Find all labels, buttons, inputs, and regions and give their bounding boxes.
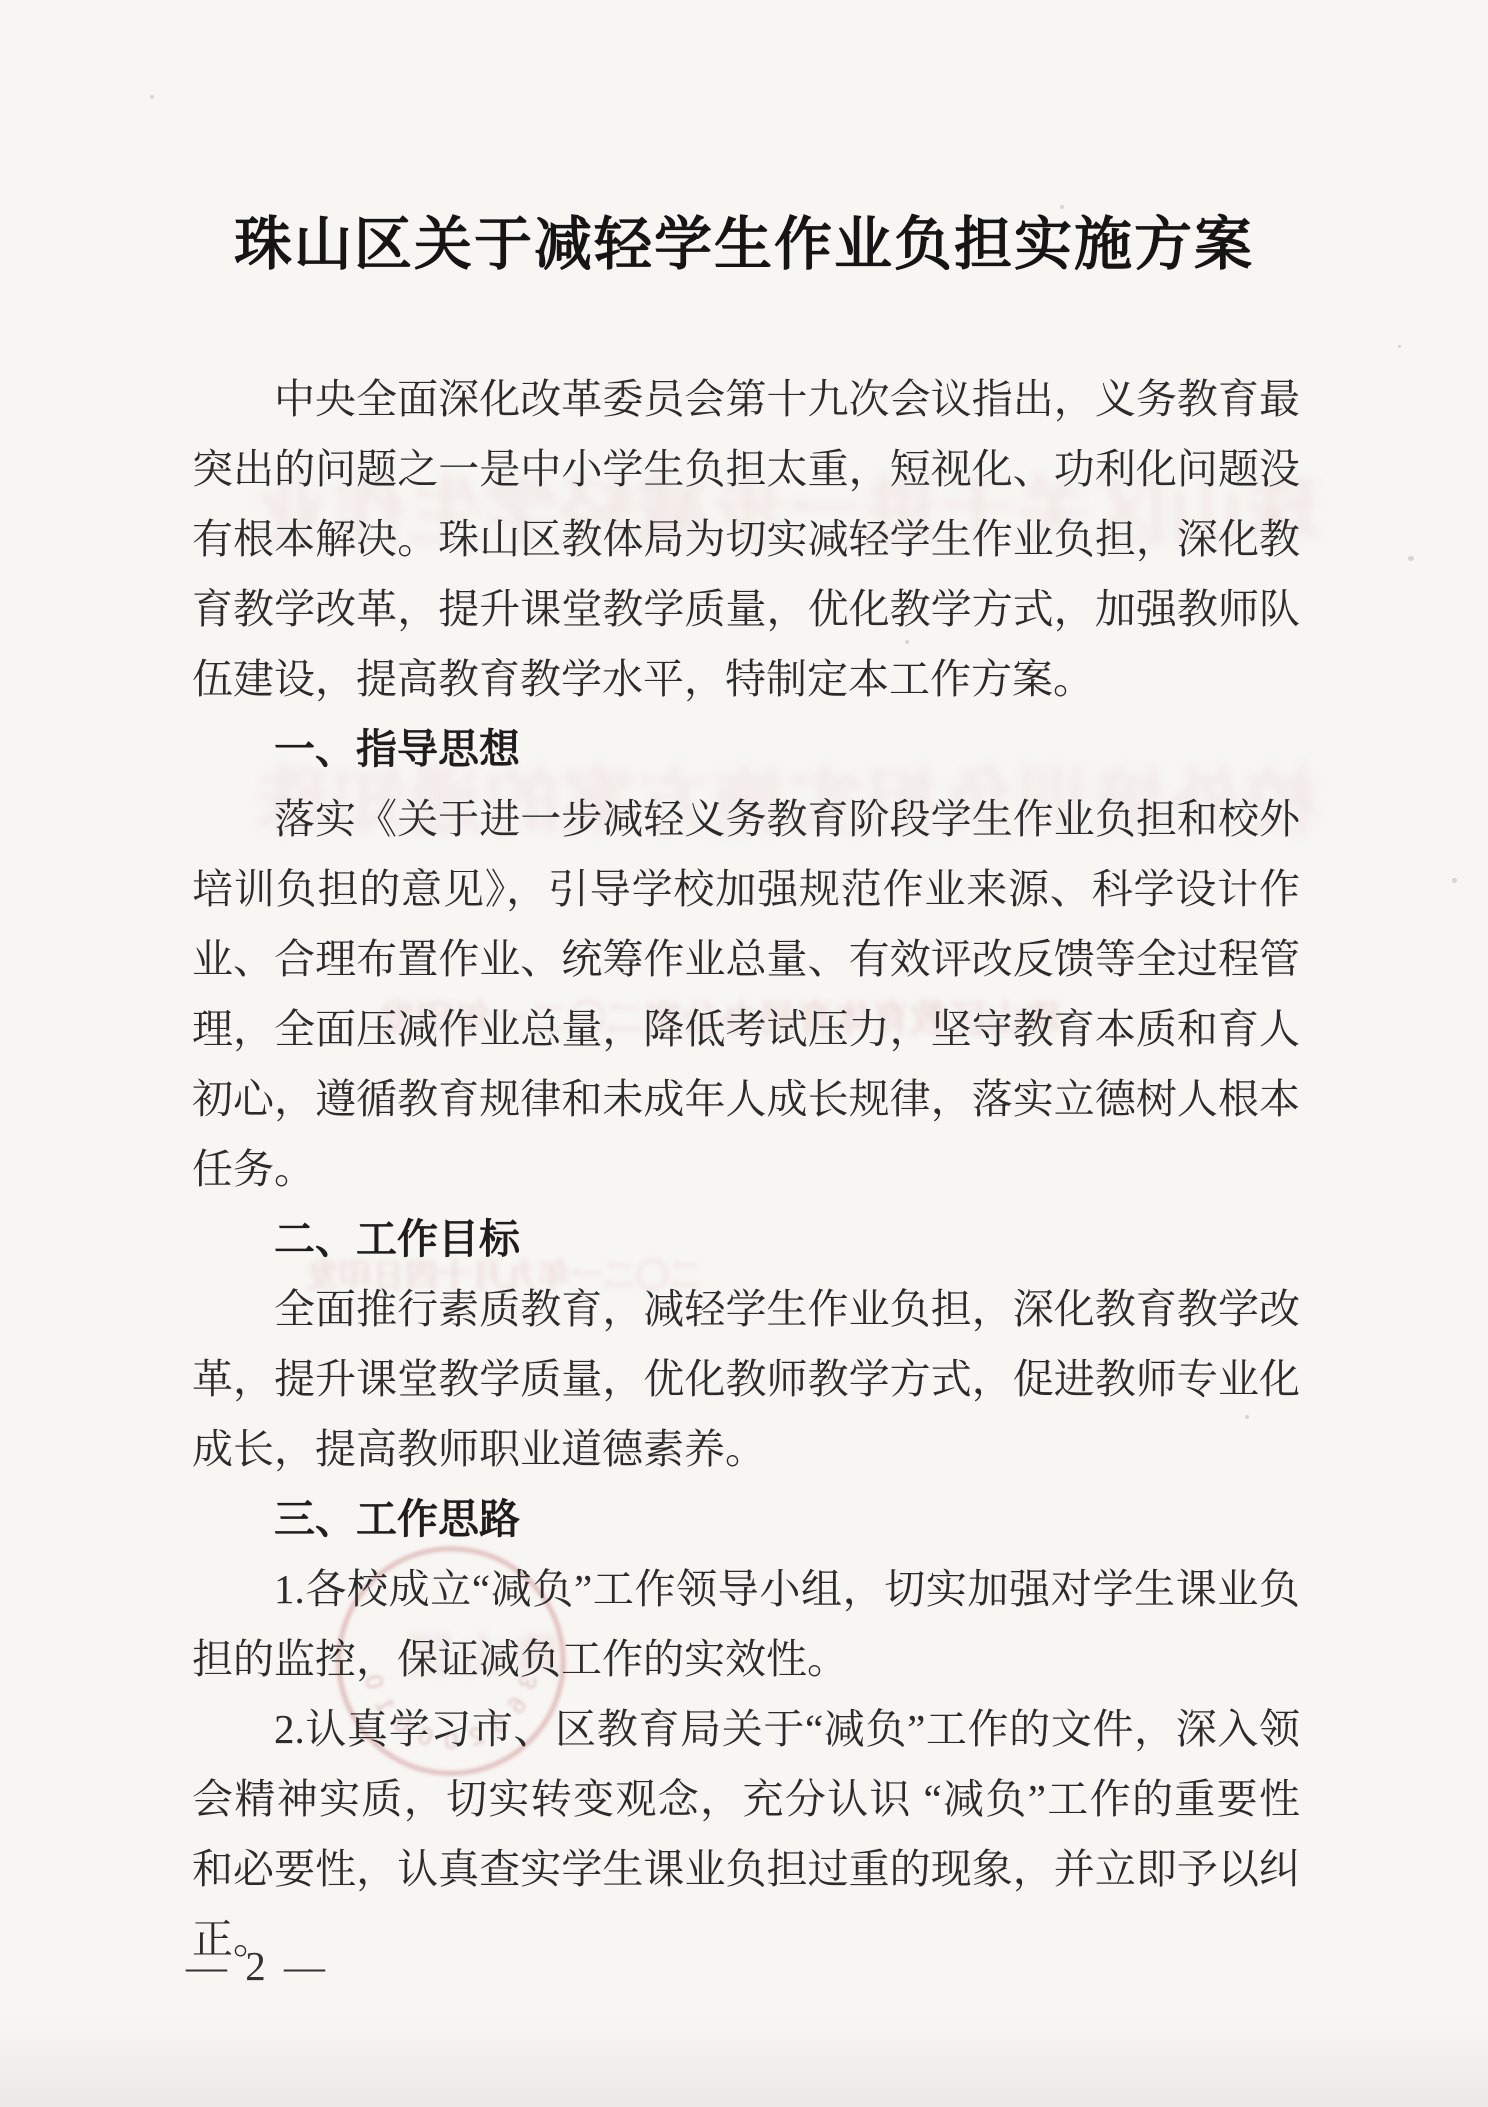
section-heading: 二、工作目标 — [192, 1204, 1300, 1274]
section-heading: 三、工作思路 — [192, 1484, 1300, 1554]
scanned-document-page: 珠山区关于进一步减轻学生作业负担和 校外培训负担实施方案的通知珠山区教 珠山区教… — [0, 0, 1488, 2107]
paragraph: 落实《关于进一步减轻义务教育阶段学生作业负担和校外培训负担的意见》，引导学校加强… — [192, 784, 1300, 1204]
paragraph: 2.认真学习市、区教育局关于“减负”工作的文件，深入领会精神实质，切实转变观念，… — [192, 1694, 1300, 1974]
paragraph: 中央全面深化改革委员会第十九次会议指出，义务教育最突出的问题之一是中小学生负担太… — [192, 364, 1300, 714]
page-number: — 2 — — [186, 1942, 329, 1990]
scan-speck — [1408, 556, 1414, 561]
scan-speck — [150, 95, 154, 99]
scan-speck — [1060, 205, 1064, 209]
section-heading: 一、指导思想 — [192, 714, 1300, 784]
scan-speck — [1452, 878, 1457, 883]
paragraph: 全面推行素质教育，减轻学生作业负担，深化教育教学改革，提升课堂教学质量，优化教师… — [192, 1274, 1300, 1484]
document-body: 中央全面深化改革委员会第十九次会议指出，义务教育最突出的问题之一是中小学生负担太… — [192, 364, 1300, 1974]
document-title: 珠山区关于减轻学生作业负担实施方案 — [0, 212, 1488, 278]
paragraph: 1.各校成立“减负”工作领导小组，切实加强对学生课业负担的监控，保证减负工作的实… — [192, 1554, 1300, 1694]
scan-speck — [1398, 345, 1401, 348]
